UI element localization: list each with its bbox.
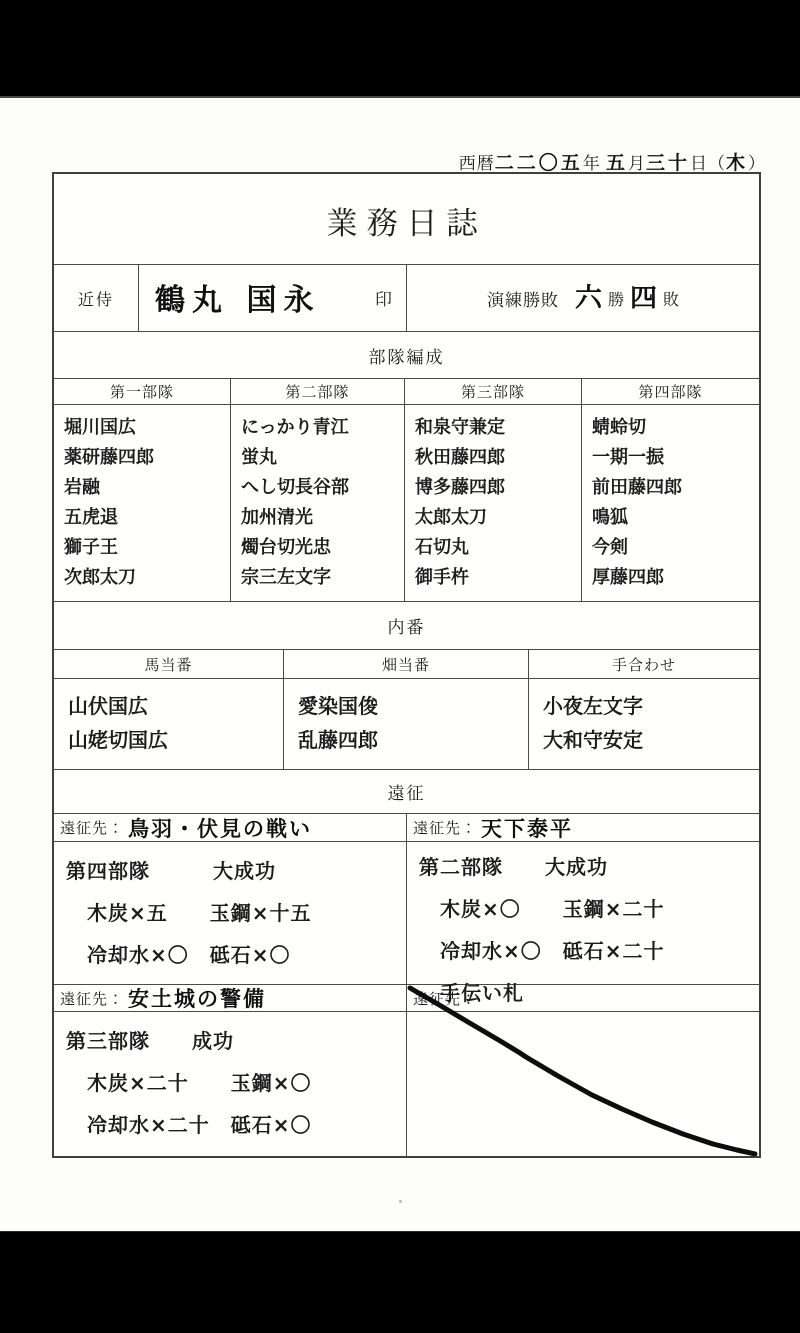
- sword-name: 加州清光: [241, 503, 400, 533]
- expedition-1-destination-cell: 遠征先： 鳥羽・伏見の戦い: [54, 814, 407, 841]
- internal-duty-members-row: 山伏国広 山姥切国広 愛染国俊 乱藤四郎 小夜左文字 大和守安定: [54, 679, 759, 770]
- destination-handwritten: 安土城の警備: [128, 983, 266, 1013]
- date-paren-open: （: [708, 154, 726, 173]
- sword-name: 燭台切光忠: [241, 533, 400, 563]
- losses-unit: 敗: [663, 287, 679, 310]
- letterbox-bottom: [0, 1231, 800, 1333]
- losses-handwritten: 四: [630, 285, 657, 312]
- title-row: 業務日誌: [54, 174, 759, 265]
- expedition-result-line: 第二部隊 大成功: [419, 846, 757, 888]
- unit-3-members-cell: 和泉守兼定 秋田藤四郎 博多藤四郎 太郎太刀 石切丸 御手杵: [405, 405, 582, 601]
- unit-4-members-cell: 蜻蛉切 一期一振 前田藤四郎 鳴狐 今剣 厚藤四郎: [582, 405, 759, 601]
- sword-name: 岩融: [64, 473, 226, 503]
- expedition-4-result-cell: [407, 1012, 759, 1156]
- unit-members-row: 堀川国広 薬研藤四郎 岩融 五虎退 獅子王 次郎太刀 にっかり青江 蛍丸 へし切…: [54, 405, 759, 602]
- stray-scan-mark: [399, 1200, 402, 1203]
- sword-name: 薬研藤四郎: [64, 443, 226, 473]
- sword-name: 一期一振: [592, 443, 755, 473]
- expedition-result-row-1: 第四部隊 大成功 木炭×五 玉鋼×十五 冷却水×〇 砥石×〇 第二部隊 大成功 …: [54, 842, 759, 985]
- unit-4-header: 第四部隊: [582, 379, 759, 404]
- expedition-result-line: 第三部隊 成功: [66, 1020, 404, 1062]
- date-year-unit: 年: [583, 154, 601, 173]
- destination-label: 遠征先：: [413, 988, 477, 1009]
- sword-name: 厚藤四郎: [592, 563, 755, 593]
- sword-name: にっかり青江: [241, 413, 400, 443]
- unit-organization-header-row: 部隊編成: [54, 332, 759, 379]
- date-month-unit: 月: [628, 154, 646, 173]
- sword-name: 山姥切国広: [68, 723, 279, 757]
- destination-handwritten: 鳥羽・伏見の戦い: [128, 813, 312, 843]
- sword-name: 太郎太刀: [415, 503, 577, 533]
- internal-duty-header-row: 内番: [54, 602, 759, 650]
- wins-unit: 勝: [608, 287, 624, 310]
- unit-2-members-cell: にっかり青江 蛍丸 へし切長谷部 加州清光 燭台切光忠 宗三左文字: [231, 405, 405, 601]
- expedition-result-line: 冷却水×〇 砥石×二十: [419, 930, 757, 972]
- sword-name: 獅子王: [64, 533, 226, 563]
- sword-name: 石切丸: [415, 533, 577, 563]
- unit-2-header: 第二部隊: [231, 379, 405, 404]
- sword-name: 小夜左文字: [543, 689, 755, 723]
- unit-organization-header: 部隊編成: [369, 343, 445, 368]
- screenshot-root: 西暦二二〇五年 五月三十日（木） 業務日誌 近侍 鶴丸 国永 印 演練勝敗 六 …: [0, 0, 800, 1333]
- date-year-handwritten: 二二〇五: [495, 152, 583, 174]
- date-paren-close: ）: [748, 154, 766, 173]
- expedition-destination-row-1: 遠征先： 鳥羽・伏見の戦い 遠征先： 天下泰平: [54, 814, 759, 842]
- unit-1-header: 第一部隊: [54, 379, 231, 404]
- expedition-header-row: 遠征: [54, 770, 759, 814]
- expedition-1-result-cell: 第四部隊 大成功 木炭×五 玉鋼×十五 冷却水×〇 砥石×〇: [54, 842, 407, 984]
- expedition-3-destination-cell: 遠征先： 安土城の警備: [54, 985, 407, 1011]
- expedition-result-line: 木炭×二十 玉鋼×〇: [66, 1062, 404, 1104]
- horse-duty-cell: 山伏国広 山姥切国広: [54, 679, 284, 769]
- sword-name: 次郎太刀: [64, 563, 226, 593]
- expedition-result-line: 木炭×〇 玉鋼×二十: [419, 888, 757, 930]
- date-month-handwritten: 五: [606, 152, 628, 174]
- expedition-destination-row-2: 遠征先： 安土城の警備 遠征先：: [54, 985, 759, 1012]
- expedition-2-result-cell: 第二部隊 大成功 木炭×〇 玉鋼×二十 冷却水×〇 砥石×二十 手伝い札: [407, 842, 759, 984]
- journal-form: 業務日誌 近侍 鶴丸 国永 印 演練勝敗 六 勝 四 敗: [52, 172, 761, 1158]
- date-weekday-handwritten: 木: [726, 152, 748, 174]
- sparring-header: 手合わせ: [529, 650, 759, 678]
- paper-page: 西暦二二〇五年 五月三十日（木） 業務日誌 近侍 鶴丸 国永 印 演練勝敗 六 …: [0, 98, 800, 1231]
- sparring-cell: 小夜左文字 大和守安定: [529, 679, 759, 769]
- field-duty-cell: 愛染国俊 乱藤四郎: [284, 679, 529, 769]
- page-title: 業務日誌: [54, 174, 759, 243]
- sword-name: 堀川国広: [64, 413, 226, 443]
- sword-name: 和泉守兼定: [415, 413, 577, 443]
- field-duty-header: 畑当番: [284, 650, 529, 678]
- sword-name: 博多藤四郎: [415, 473, 577, 503]
- unit-column-header-row: 第一部隊 第二部隊 第三部隊 第四部隊: [54, 379, 759, 405]
- sword-name: 大和守安定: [543, 723, 755, 757]
- destination-label: 遠征先：: [413, 817, 477, 838]
- sword-name: 秋田藤四郎: [415, 443, 577, 473]
- sword-name: 今剣: [592, 533, 755, 563]
- sword-name: 鳴狐: [592, 503, 755, 533]
- expedition-header: 遠征: [388, 779, 426, 804]
- attendant-name-handwritten: 鶴丸 国永: [155, 275, 320, 319]
- attendant-row: 近侍 鶴丸 国永 印 演練勝敗 六 勝 四 敗: [54, 265, 759, 332]
- expedition-result-line: 木炭×五 玉鋼×十五: [66, 892, 404, 934]
- sword-name: 山伏国広: [68, 689, 279, 723]
- wins-handwritten: 六: [575, 285, 602, 312]
- sword-name: 蛍丸: [241, 443, 400, 473]
- date-line: 西暦二二〇五年 五月三十日（木）: [459, 148, 766, 175]
- unit-3-header: 第三部隊: [405, 379, 582, 404]
- unit-1-members-cell: 堀川国広 薬研藤四郎 岩融 五虎退 獅子王 次郎太刀: [54, 405, 231, 601]
- seal-label: 印: [375, 285, 392, 310]
- sword-name: 御手杵: [415, 563, 577, 593]
- destination-label: 遠征先：: [60, 817, 124, 838]
- expedition-3-result-cell: 第三部隊 成功 木炭×二十 玉鋼×〇 冷却水×二十 砥石×〇: [54, 1012, 407, 1156]
- attendant-label: 近侍: [54, 265, 139, 331]
- sword-name: 乱藤四郎: [298, 723, 524, 757]
- sword-name: 愛染国俊: [298, 689, 524, 723]
- sword-name: 五虎退: [64, 503, 226, 533]
- expedition-result-line: 冷却水×〇 砥石×〇: [66, 934, 404, 976]
- letterbox-top: [0, 0, 800, 98]
- destination-label: 遠征先：: [60, 988, 124, 1009]
- expedition-2-destination-cell: 遠征先： 天下泰平: [407, 814, 759, 841]
- expedition-4-destination-cell: 遠征先：: [407, 985, 759, 1011]
- date-era: 西暦: [459, 154, 495, 173]
- expedition-result-row-2: 第三部隊 成功 木炭×二十 玉鋼×〇 冷却水×二十 砥石×〇: [54, 1012, 759, 1156]
- practice-record-label: 演練勝敗: [487, 286, 559, 311]
- internal-duty-column-header-row: 馬当番 畑当番 手合わせ: [54, 650, 759, 679]
- date-day-handwritten: 三十: [646, 152, 690, 174]
- attendant-name-cell: 鶴丸 国永 印: [139, 265, 407, 331]
- sword-name: 蜻蛉切: [592, 413, 755, 443]
- expedition-result-line: 第四部隊 大成功: [66, 850, 404, 892]
- destination-handwritten: 天下泰平: [481, 813, 573, 843]
- internal-duty-header: 内番: [388, 613, 426, 638]
- practice-record-cell: 演練勝敗 六 勝 四 敗: [407, 265, 759, 331]
- sword-name: 前田藤四郎: [592, 473, 755, 503]
- sword-name: へし切長谷部: [241, 473, 400, 503]
- horse-duty-header: 馬当番: [54, 650, 284, 678]
- sword-name: 宗三左文字: [241, 563, 400, 593]
- expedition-result-line: 冷却水×二十 砥石×〇: [66, 1104, 404, 1146]
- date-day-unit: 日: [690, 154, 708, 173]
